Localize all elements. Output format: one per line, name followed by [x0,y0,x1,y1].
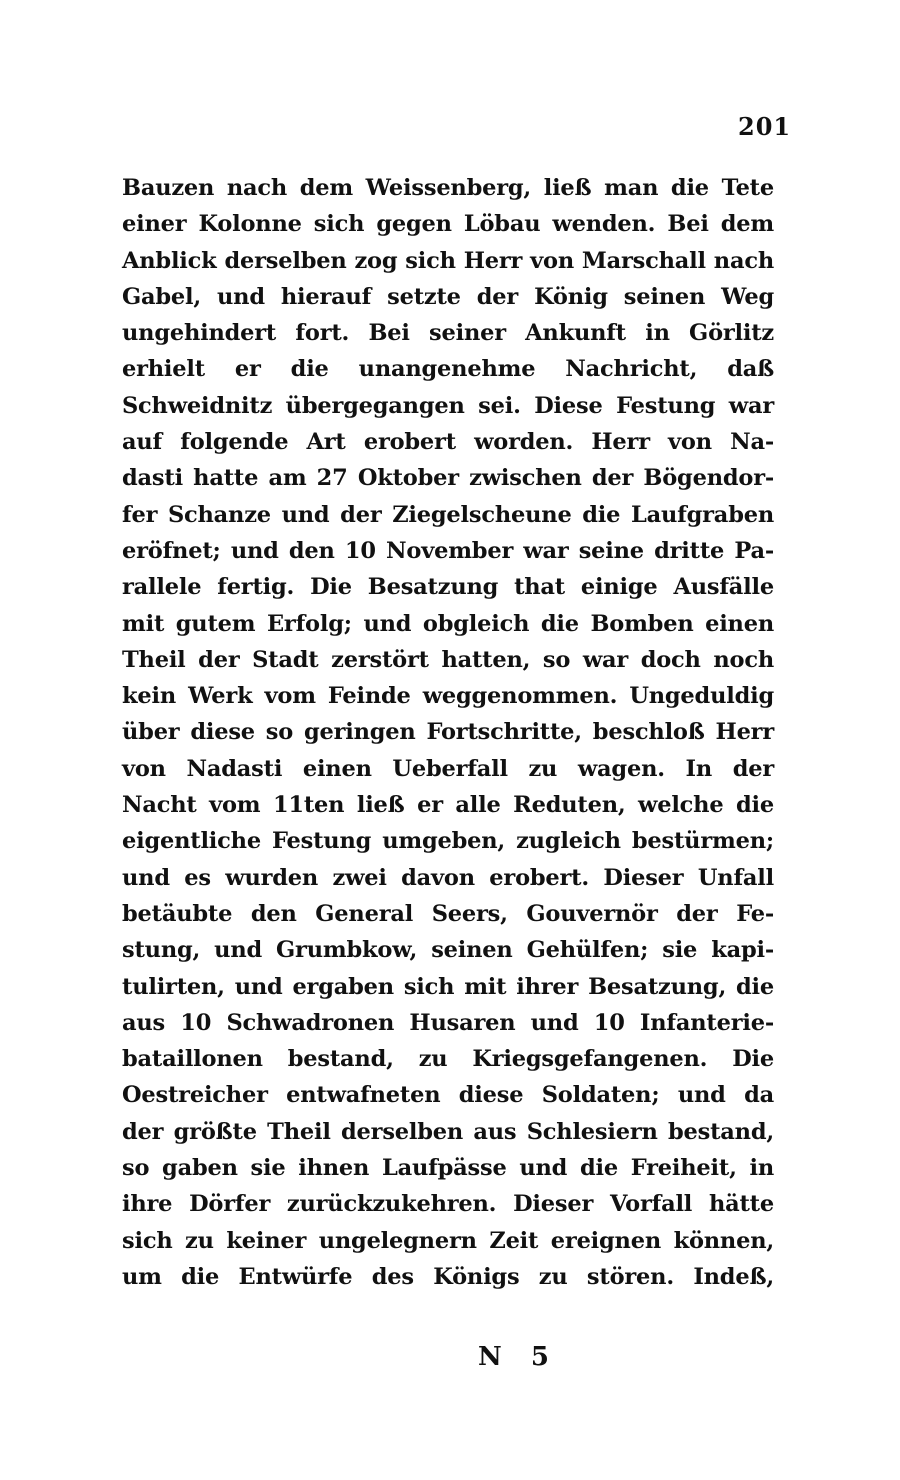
text-line: ihre Dörfer zurückzukehren. Dieser Vorfa… [122,1186,774,1222]
text-line: um die Entwürfe des Königs zu stören. In… [122,1259,774,1295]
text-line: auf folgende Art erobert worden. Herr vo… [122,424,774,460]
text-line: betäubte den General Seers, Gouvernör de… [122,896,774,932]
page-number: 201 [738,112,791,141]
text-line: Nacht vom 11ten ließ er alle Reduten, we… [122,787,774,823]
text-line: so gaben sie ihnen Laufpässe und die Fre… [122,1150,774,1186]
text-line: über diese so geringen Fortschritte, bes… [122,714,774,750]
text-line: sich zu keiner ungelegnern Zeit ereignen… [122,1223,774,1259]
text-line: aus 10 Schwadronen Husaren und 10 Infant… [122,1005,774,1041]
text-line: Anblick derselben zog sich Herr von Mars… [122,243,774,279]
text-line: tulirten, und ergaben sich mit ihrer Bes… [122,969,774,1005]
book-page: 201 Bauzen nach dem Weissenberg, ließ ma… [0,0,900,1480]
text-line: Schweidnitz übergegangen sei. Diese Fest… [122,388,774,424]
text-line: einer Kolonne sich gegen Löbau wenden. B… [122,206,774,242]
text-line: Theil der Stadt zerstört hatten, so war … [122,642,774,678]
text-line: mit gutem Erfolg; und obgleich die Bombe… [122,606,774,642]
signature-mark: N 5 [478,1342,559,1372]
text-line: der größte Theil derselben aus Schlesier… [122,1114,774,1150]
text-line: rallele fertig. Die Besatzung that einig… [122,569,774,605]
text-line: dasti hatte am 27 Oktober zwischen der B… [122,460,774,496]
text-line: eigentliche Festung umgeben, zugleich be… [122,823,774,859]
body-text: Bauzen nach dem Weissenberg, ließ man di… [122,170,774,1295]
text-line: von Nadasti einen Ueberfall zu wagen. In… [122,751,774,787]
text-line: bataillonen bestand, zu Kriegsgefangenen… [122,1041,774,1077]
text-line: Bauzen nach dem Weissenberg, ließ man di… [122,170,774,206]
text-line: ungehindert fort. Bei seiner Ankunft in … [122,315,774,351]
text-line: kein Werk vom Feinde weggenommen. Ungedu… [122,678,774,714]
text-line: erhielt er die unangenehme Nachricht, da… [122,351,774,387]
text-line: stung, und Grumbkow, seinen Gehülfen; si… [122,932,774,968]
text-line: Oestreicher entwafneten diese Soldaten; … [122,1077,774,1113]
text-line: fer Schanze und der Ziegelscheune die La… [122,497,774,533]
text-line: Gabel, und hierauf setzte der König sein… [122,279,774,315]
text-line: eröfnet; und den 10 November war seine d… [122,533,774,569]
text-line: und es wurden zwei davon erobert. Dieser… [122,860,774,896]
